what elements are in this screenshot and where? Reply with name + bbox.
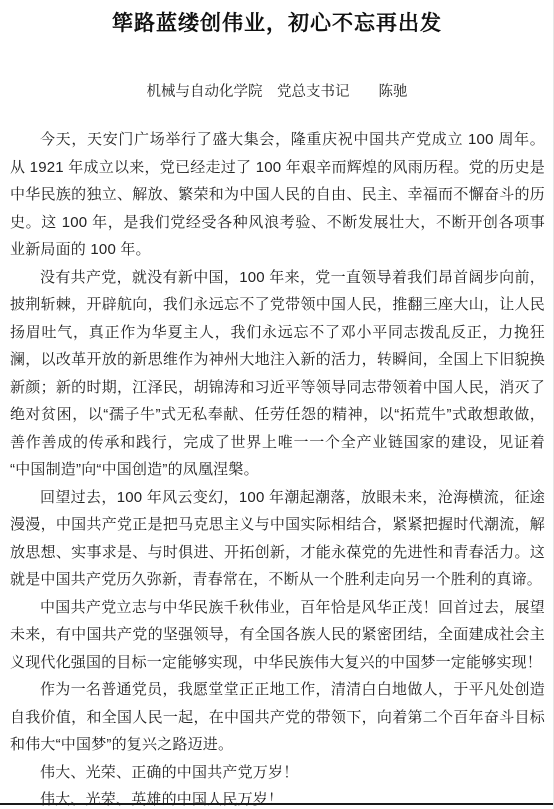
- paragraph: 伟大、光荣、正确的中国共产党万岁！: [10, 759, 545, 787]
- byline: 机械与自动化学院 党总支书记 陈驰: [0, 80, 554, 101]
- document-page: 筚路蓝缕创伟业，初心不忘再出发 机械与自动化学院 党总支书记 陈驰 今天，天安门…: [0, 0, 554, 809]
- paragraph: 没有共产党，就没有新中国，100 年来，党一直领导着我们昂首阔步向前，披荆斩棘，…: [10, 264, 545, 484]
- document-title: 筚路蓝缕创伟业，初心不忘再出发: [0, 7, 554, 37]
- paragraph: 作为一名普通党员，我愿堂堂正正地工作，清清白白地做人，于平凡处创造自我价值，和全…: [10, 676, 545, 759]
- paragraph: 今天，天安门广场举行了盛大集会，隆重庆祝中国共产党成立 100 周年。从 192…: [10, 126, 545, 264]
- paragraph: 回望过去，100 年风云变幻，100 年潮起潮落，放眼未来，沧海横流，征途漫漫，…: [10, 484, 545, 594]
- paragraph: 伟大、光荣、英雄的中国人民万岁！: [10, 786, 545, 809]
- paragraph: 中国共产党立志与中华民族千秋伟业，百年恰是风华正茂！回首过去，展望未来，有中国共…: [10, 594, 545, 677]
- document-body: 今天，天安门广场举行了盛大集会，隆重庆祝中国共产党成立 100 周年。从 192…: [0, 126, 554, 809]
- page-bottom-border: [0, 803, 554, 805]
